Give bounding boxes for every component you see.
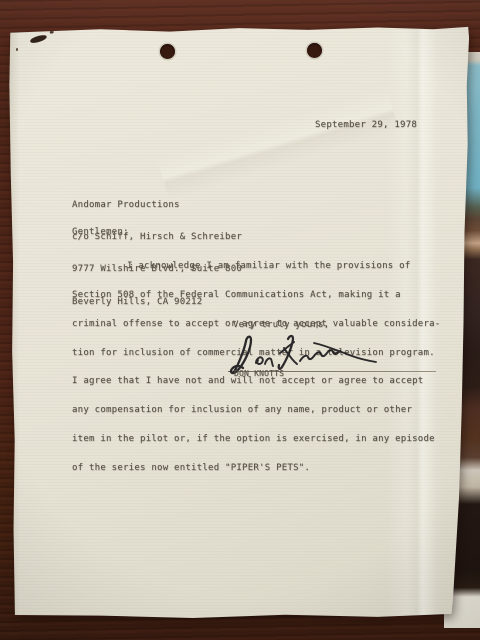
punch-hole-left [160, 44, 175, 59]
date-line: September 29, 1978 [315, 120, 417, 130]
body-line: Section 508 of the Federal Communication… [72, 291, 452, 301]
ink-speck [16, 48, 18, 51]
address-line: Andomar Productions [72, 200, 242, 211]
body-line: of the series now entitled "PIPER'S PETS… [72, 464, 452, 474]
tear-mark [30, 34, 48, 44]
typed-name: DON KNOTTS [234, 369, 284, 378]
letter-paper-shadow: September 29, 1978 Andomar Productions c… [0, 0, 480, 640]
body-line: any compensation for inclusion of any na… [72, 406, 452, 416]
body-line: item in the pilot or, if the option is e… [72, 435, 452, 445]
letter-paper: September 29, 1978 Andomar Productions c… [8, 26, 470, 618]
punch-hole-right [307, 43, 322, 58]
body-line: I acknowledge I am familiar with the pro… [72, 262, 452, 272]
photographed-letter-scene: September 29, 1978 Andomar Productions c… [0, 0, 480, 640]
salutation: Gentlemen: [72, 227, 129, 237]
